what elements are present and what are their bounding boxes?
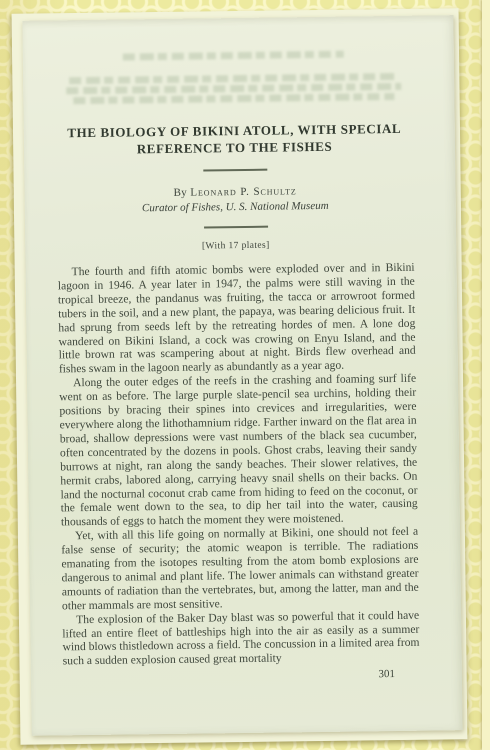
paragraph: Along the outer edges of the reefs in th… (59, 372, 418, 530)
author-name: Leonard P. Schultz (190, 185, 296, 198)
ornamental-rule-top (203, 169, 267, 172)
byline-prefix: By (173, 187, 190, 199)
ghost-showthrough-line (69, 73, 398, 84)
page-content: THE BIOLOGY OF BIKINI ATOLL, WITH SPECIA… (54, 16, 420, 736)
plates-note: [With 17 plates] (57, 239, 414, 254)
book-page: THE BIOLOGY OF BIKINI ATOLL, WITH SPECIA… (22, 15, 462, 736)
article-title: THE BIOLOGY OF BIKINI ATOLL, WITH SPECIA… (57, 120, 411, 159)
ghost-showthrough-line (123, 51, 344, 61)
showthrough-running-head (55, 50, 412, 65)
page-number: 301 (63, 668, 420, 685)
showthrough-paragraph (55, 73, 412, 108)
ornamental-rule-bottom (204, 226, 268, 229)
author-affiliation: Curator of Fishes, U. S. National Museum (57, 199, 414, 216)
paragraph: The fourth and fifth atomic bombs were e… (58, 261, 416, 377)
ghost-showthrough-line (73, 93, 394, 104)
article-body: The fourth and fifth atomic bombs were e… (58, 261, 420, 669)
paragraph: The explosion of the Baker Day blast was… (62, 608, 420, 668)
book-cover-fore-edge (482, 0, 490, 750)
byline: By Leonard P. Schultz (57, 184, 414, 201)
paragraph: Yet, with all this life going on normall… (61, 525, 419, 613)
